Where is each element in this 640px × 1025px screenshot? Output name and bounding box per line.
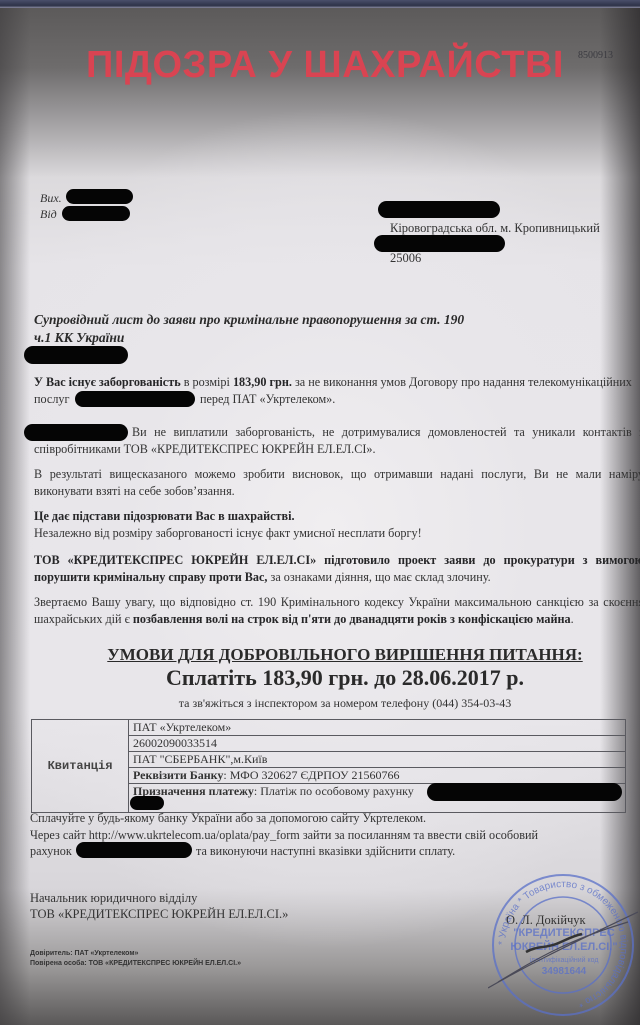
seal-icon: * Україна * Товариство з обмеженою відпо… [488, 870, 638, 1020]
agent-line: Повірена особа: ТОВ «КРЕДИТЕКСПРЕС ЮКРЕЙ… [30, 959, 241, 969]
receipt-bank-details: Реквізити Банку: МФО 320627 ЄДРПОУ 21560… [129, 768, 626, 784]
website-note-instructions: та виконуючи наступні вказівки здійснити… [196, 843, 596, 859]
payment-note: Сплачуйте у будь-якому банку України або… [30, 810, 615, 826]
from-label: Від [40, 207, 57, 222]
receipt-row: Квитанція ПАТ «Укртелеком» [32, 720, 626, 736]
recipient-region: Кіровоградська обл. м. Кропивницький [390, 221, 600, 236]
redaction-recipient-street [374, 235, 505, 252]
redaction-date [62, 206, 130, 221]
principal-block: Довіритель: ПАТ «Укртелеком» Повірена ос… [30, 949, 241, 969]
redaction-outgoing-number [66, 189, 133, 204]
non-payment-paragraph: Ви не виплатили заборгованість, не дотри… [34, 424, 640, 458]
page-headline: ПІДОЗРА У ШАХРАЙСТВІ [0, 44, 640, 87]
svg-text:"КРЕДИТЕКСПРЕС: "КРЕДИТЕКСПРЕС [513, 927, 614, 939]
outgoing-label: Вих. [40, 191, 62, 206]
website-note: Через сайт http://www.ukrtelecom.ua/opla… [30, 827, 615, 843]
debt-paragraph-creditor: перед ПАТ «Укртелеком». [200, 391, 500, 408]
receipt-account: 26002090033514 [129, 736, 626, 752]
redaction-recipient-name [378, 201, 500, 218]
penalty-paragraph: Звертаємо Вашу увагу, що відповідно ст. … [34, 594, 640, 628]
payment-deadline: Сплатіть 183,90 грн. до 28.06.2017 р. [0, 665, 640, 691]
letter-subject: Супровідний лист до заяви про кримінальн… [34, 311, 474, 347]
signatory-block: Начальник юридичного відділу ТОВ «КРЕДИТ… [30, 890, 288, 922]
company-seal: * Україна * Товариство з обмеженою відпо… [488, 870, 638, 1020]
principal-line: Довіритель: ПАТ «Укртелеком» [30, 949, 241, 959]
scan-top-edge [0, 0, 640, 8]
debt-paragraph: У Вас існує заборгованість в розмірі 183… [34, 374, 640, 391]
debt-lead: У Вас існує заборгованість [34, 375, 181, 389]
receipt-payee: ПАТ «Укртелеком» [129, 720, 626, 736]
signatory-name: О. Л. Докійчук [506, 913, 586, 928]
suspicion-statement: Це дає підстави підозрювати Вас в шахрай… [34, 508, 640, 525]
redaction-personal-account [427, 783, 622, 801]
signatory-company: ТОВ «КРЕДИТЕКСПРЕС ЮКРЕЙН ЕЛ.ЕЛ.СІ.» [30, 906, 288, 922]
signatory-position: Начальник юридичного відділу [30, 890, 288, 906]
inspector-phone-line: та зв'яжіться з інспектором за номером т… [0, 696, 640, 711]
conditions-title: УМОВИ ДЛЯ ДОБРОВІЛЬНОГО ВИРІШЕННЯ ПИТАНН… [0, 645, 640, 665]
letter-page: ПІДОЗРА У ШАХРАЙСТВІ 8500913 Вих. Від Кі… [0, 8, 640, 1025]
svg-text:34981644: 34981644 [542, 966, 587, 977]
redaction-addressee [24, 346, 128, 364]
postal-code: 25006 [390, 251, 421, 266]
receipt-bank: ПАТ "СБЕРБАНК",м.Київ [129, 752, 626, 768]
document-number: 8500913 [578, 50, 613, 61]
receipt-label: Квитанція [32, 720, 129, 813]
intent-statement: Незалежно від розміру заборгованості існ… [34, 525, 640, 542]
redaction-contract-number [75, 391, 195, 407]
conclusion-paragraph: В результаті вищесказаного можемо зробит… [34, 466, 640, 500]
redaction-account-number [76, 842, 192, 858]
debt-amount: 183,90 грн. [233, 375, 292, 389]
redaction-personal-account-cont [130, 796, 164, 810]
prosecution-paragraph: ТОВ «КРЕДИТЕКСПРЕС ЮКРЕЙН ЕЛ.ЕЛ.СІ» підг… [34, 552, 640, 586]
